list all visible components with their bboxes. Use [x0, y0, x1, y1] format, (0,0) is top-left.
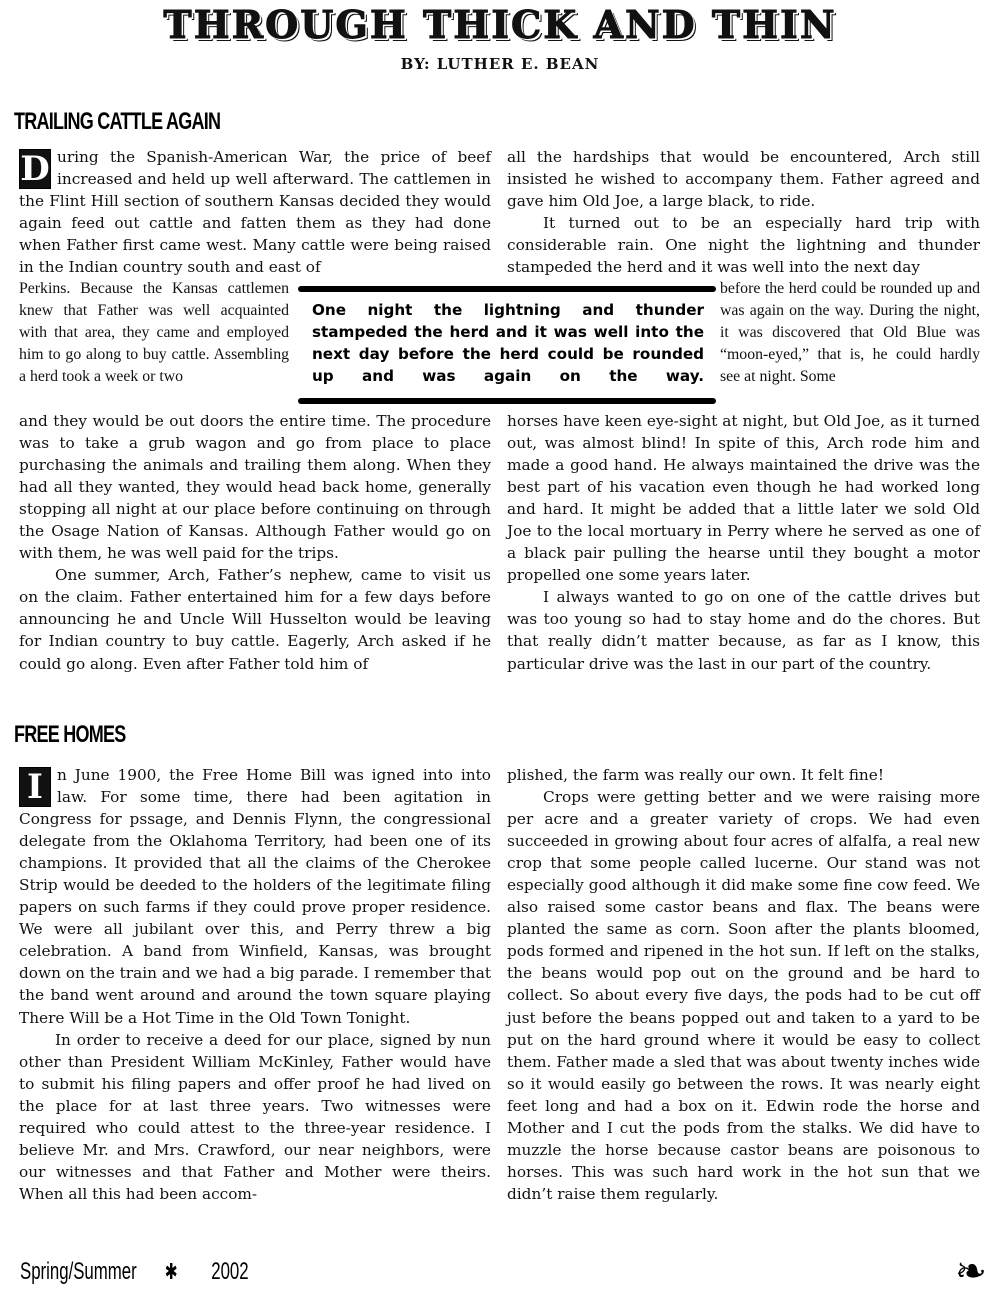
page-title: THROUGH THICK AND THIN: [0, 2, 1000, 47]
section1-right-column-top: all the hardships that would be encounte…: [507, 146, 980, 278]
section2-right-column: plished, the farm was really our own. It…: [507, 764, 980, 1205]
paragraph: horses have keen eye-sight at night, but…: [507, 410, 980, 586]
paragraph: and they would be out doors the entire t…: [19, 410, 491, 564]
paragraph: Perkins. Because the Kansas cattlemen kn…: [19, 278, 289, 388]
section1-left-narrow-column: Perkins. Because the Kansas cattlemen kn…: [19, 278, 289, 388]
section1-right-column-bottom: horses have keen eye-sight at night, but…: [507, 410, 980, 675]
paragraph: plished, the farm was really our own. It…: [507, 764, 980, 786]
section-heading-trailing-cattle: Trailing Cattle Again: [14, 110, 220, 134]
section1-right-narrow-column: before the herd could be rounded up and …: [720, 278, 980, 388]
paragraph: Crops were getting better and we were ra…: [507, 786, 980, 1205]
paragraph: It turned out to be an especially hard t…: [507, 212, 980, 278]
dropcap-d: D: [19, 149, 51, 189]
paragraph: One summer, Arch, Father’s nephew, came …: [19, 564, 491, 674]
paragraph: uring the Spanish-American War, the pric…: [19, 146, 491, 278]
star-separator-icon: ✱: [165, 1259, 178, 1284]
pull-quote-rule-bottom: [298, 398, 716, 404]
paragraph: I always wanted to go on one of the catt…: [507, 586, 980, 674]
pull-quote: One night the lightning and thunder stam…: [312, 299, 704, 387]
section1-left-column-bottom: and they would be out doors the entire t…: [19, 410, 491, 675]
section2-left-column: I n June 1900, the Free Home Bill was ig…: [19, 764, 491, 1205]
byline: BY: LUTHER E. BEAN: [0, 55, 1000, 73]
paragraph: n June 1900, the Free Home Bill was igne…: [19, 764, 491, 1029]
paragraph: all the hardships that would be encounte…: [507, 146, 980, 212]
paragraph: In order to receive a deed for our place…: [19, 1029, 491, 1205]
issue-year: 2002: [211, 1258, 248, 1285]
dropcap-i: I: [19, 767, 51, 807]
section1-left-column-top: D uring the Spanish-American War, the pr…: [19, 146, 491, 278]
pull-quote-rule-top: [298, 286, 716, 292]
dancing-figure-icon: ❧: [955, 1252, 987, 1290]
paragraph: before the herd could be rounded up and …: [720, 278, 980, 388]
section-heading-free-homes: Free Homes: [14, 723, 126, 747]
footer-issue: Spring/Summer✱2002: [20, 1258, 249, 1286]
issue-season: Spring/Summer: [20, 1258, 137, 1285]
